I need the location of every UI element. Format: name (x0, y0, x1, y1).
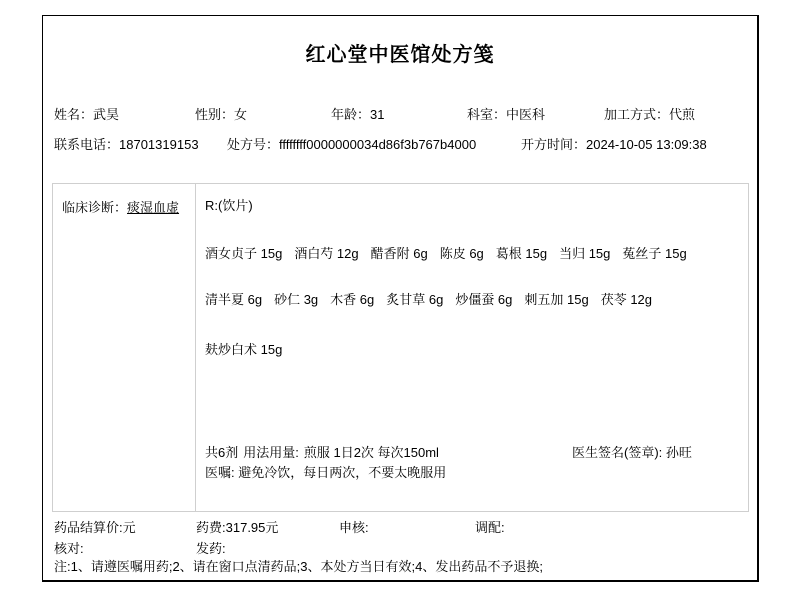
field-department: 科室：中医科 (467, 107, 545, 122)
department-value: 中医科 (506, 107, 545, 122)
prescription-box: 临床诊断：痰湿血虚 R:(饮片) 酒女贞子 15g酒白芍 12g醋香附 6g陈皮… (52, 183, 749, 512)
page-title: 红心堂中医馆处方笺 (43, 38, 757, 67)
rx-header: R:(饮片) (205, 198, 253, 213)
dose-count: 共6剂 (205, 445, 238, 460)
phone-value: 18701319153 (119, 137, 199, 152)
diagnosis-field: 临床诊断：痰湿血虚 (62, 197, 179, 216)
herb-item: 麸炒白术 15g (205, 342, 282, 357)
doctor-signature-name: 孙旺 (666, 445, 692, 460)
prepare-field: 调配: (475, 520, 505, 535)
advice-value: 避免冷饮，每日两次，不要太晚服用 (238, 465, 446, 480)
field-age: 年龄：31 (331, 107, 384, 122)
fee-label: 药费: (196, 520, 226, 535)
patient-name-value: 武昊 (93, 107, 119, 122)
diagnosis-label: 临床诊断： (62, 200, 127, 215)
age-value: 31 (370, 107, 384, 122)
processing-label: 加工方式： (604, 107, 669, 122)
field-processing: 加工方式：代煎 (604, 107, 695, 122)
herb-item: 茯苓 12g (601, 292, 652, 307)
field-gender: 性别：女 (195, 107, 247, 122)
herb-item: 清半夏 6g (205, 292, 262, 307)
herb-item: 砂仁 3g (274, 292, 318, 307)
field-patient-name: 姓名：武昊 (54, 107, 119, 122)
diagnosis-column: 临床诊断：痰湿血虚 (53, 184, 196, 511)
settle-price-value: 元 (123, 520, 136, 535)
herb-item: 炙甘草 6g (386, 292, 443, 307)
diagnosis-value: 痰湿血虚 (127, 200, 179, 215)
herb-item: 炒僵蚕 6g (455, 292, 512, 307)
gender-value: 女 (234, 107, 247, 122)
advice-label: 医嘱: (205, 465, 238, 480)
field-rx-number: 处方号：ffffffff0000000034d86f3b767b4000 (227, 137, 476, 152)
check-field: 核对: (54, 541, 84, 556)
rx-number-value: ffffffff0000000034d86f3b767b4000 (279, 137, 476, 152)
processing-value: 代煎 (669, 107, 695, 122)
rx-time-value: 2024-10-05 13:09:38 (586, 137, 707, 152)
phone-label: 联系电话： (54, 137, 119, 152)
herb-item: 刺五加 15g (524, 292, 588, 307)
rx-time-label: 开方时间： (521, 137, 586, 152)
rx-number-label: 处方号： (227, 137, 279, 152)
usage-line: 共6剂用法用量:煎服 1日2次 每次150ml (205, 445, 439, 460)
herb-item: 酒女贞子 15g (205, 246, 282, 261)
herb-item: 当归 15g (559, 246, 610, 261)
review-field: 申核: (339, 520, 369, 535)
herb-item: 木香 6g (330, 292, 374, 307)
field-phone: 联系电话：18701319153 (54, 137, 199, 152)
prescription-sheet: 红心堂中医馆处方笺 姓名：武昊 性别：女 年龄：31 科室：中医科 加工方式：代… (42, 15, 759, 582)
prescription-page: 红心堂中医馆处方笺 姓名：武昊 性别：女 年龄：31 科室：中医科 加工方式：代… (0, 0, 800, 600)
gender-label: 性别： (195, 107, 234, 122)
doctor-signature-label: 医生签名(签章): (572, 445, 666, 460)
settle-price-label: 药品结算价: (54, 520, 123, 535)
doctor-signature: 医生签名(签章): 孙旺 (572, 445, 692, 460)
fee-field: 药费:317.95元 (196, 520, 278, 535)
age-label: 年龄： (331, 107, 370, 122)
dispense-field: 发药: (196, 541, 226, 556)
note-line: 注:1、请遵医嘱用药;2、请在窗口点清药品;3、本处方当日有效;4、发出药品不予… (54, 559, 543, 574)
department-label: 科室： (467, 107, 506, 122)
field-rx-time: 开方时间：2024-10-05 13:09:38 (521, 137, 707, 152)
herb-item: 醋香附 6g (371, 246, 428, 261)
patient-name-label: 姓名： (54, 107, 93, 122)
herb-item: 酒白芍 12g (294, 246, 358, 261)
usage-value: 煎服 1日2次 每次150ml (304, 445, 439, 460)
herb-line-1: 酒女贞子 15g酒白芍 12g醋香附 6g陈皮 6g葛根 15g当归 15g菟丝… (205, 246, 699, 261)
usage-label: 用法用量: (243, 445, 299, 460)
fee-value: 317.95元 (226, 520, 279, 535)
advice-line: 医嘱: 避免冷饮，每日两次，不要太晚服用 (205, 465, 446, 480)
herb-line-3: 麸炒白术 15g (205, 342, 294, 357)
herb-line-2: 清半夏 6g砂仁 3g木香 6g炙甘草 6g炒僵蚕 6g刺五加 15g茯苓 12… (205, 292, 664, 307)
herb-item: 陈皮 6g (440, 246, 484, 261)
herb-item: 菟丝子 15g (622, 246, 686, 261)
herb-item: 葛根 15g (496, 246, 547, 261)
settle-price-field: 药品结算价:元 (54, 520, 136, 535)
